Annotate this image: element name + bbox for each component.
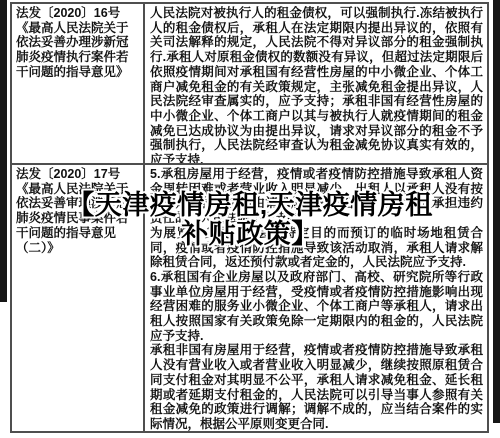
provision-paragraph: 为展览、会展、庙会等特定目的而预订的临时场地租赁合同，疫情或者疫情防控措施导致该… — [150, 226, 483, 270]
provision-paragraph: 承租非国有房屋用于经营，疫情或者疫情防控措施导致承租人没有营业收入或者营业收入明… — [150, 343, 483, 431]
provision-paragraph: 6.承租国有企业房屋以及政府部门、高校、研究院所等行政事业单位房屋用于经营，受疫… — [150, 270, 483, 344]
regulations-table: 法发〔2020〕16号《最高人民法院关于依法妥善办理涉新冠肺炎疫情执行案件若干问… — [10, 2, 489, 433]
right-edge-bar — [493, 0, 500, 423]
source-cell-17: 法发〔2020〕17号《最高人民法院关于依法妥善审理涉新冠肺炎疫情民事案件若干问… — [12, 165, 145, 431]
left-edge-bar — [0, 0, 7, 302]
content-cell-17: 5.承租房屋用于经营，疫情或者疫情防控措施导致承租人资金周转困难或者营业收入明显… — [145, 165, 487, 431]
source-title: 法发〔2020〕16号《最高人民法院关于依法妥善办理涉新冠肺炎疫情执行案件若干问… — [16, 6, 140, 80]
table-row-16: 法发〔2020〕16号《最高人民法院关于依法妥善办理涉新冠肺炎疫情执行案件若干问… — [12, 4, 487, 165]
table-row-17: 法发〔2020〕17号《最高人民法院关于依法妥善审理涉新冠肺炎疫情民事案件若干问… — [12, 165, 487, 431]
content-cell-16: 人民法院对被执行人的租金债权，可以强制执行.冻结被执行人的租金债权后，承租人在法… — [145, 4, 487, 163]
source-title: 法发〔2020〕17号《最高人民法院关于依法妥善审理涉新冠肺炎疫情民事案件若干问… — [16, 167, 140, 255]
source-cell-16: 法发〔2020〕16号《最高人民法院关于依法妥善办理涉新冠肺炎疫情执行案件若干问… — [12, 4, 145, 163]
provision-paragraph: 5.承租房屋用于经营，疫情或者疫情防控措施导致承租人资金周转困难或者营业收入明显… — [150, 167, 483, 226]
page: { "page": { "background": "#ffffff", "ed… — [0, 0, 500, 438]
provision-paragraph: 人民法院对被执行人的租金债权，可以强制执行.冻结被执行人的租金债权后，承租人在法… — [150, 6, 483, 163]
